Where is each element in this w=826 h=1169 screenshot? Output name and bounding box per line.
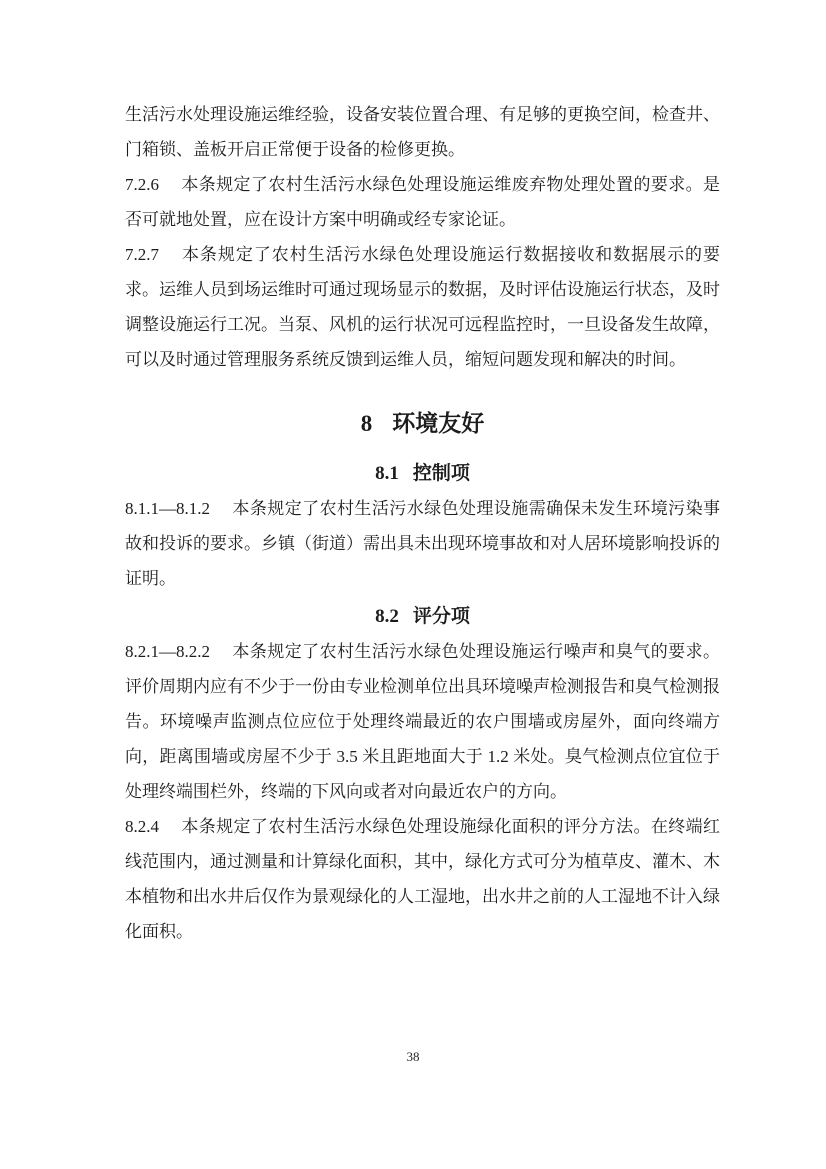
clause-paragraph-8-2-1: 8.2.1—8.2.2本条规定了农村生活污水绿色处理设施运行噪声和臭气的要求。评… <box>125 634 720 809</box>
clause-number: 7.2.7 <box>125 245 181 264</box>
clause-text: 本条规定了农村生活污水绿色处理设施运维废弃物处理处置的要求。是否可就地处置，应在… <box>125 175 720 229</box>
page-number: 38 <box>0 1049 826 1065</box>
section-heading-8-2: 8.2评分项 <box>125 603 720 630</box>
clause-number: 7.2.6 <box>125 175 181 194</box>
clause-text: 本条规定了农村生活污水绿色处理设施运行噪声和臭气的要求。评价周期内应有不少于一份… <box>125 642 720 801</box>
chapter-heading: 8环境友好 <box>125 407 720 440</box>
chapter-title: 环境友好 <box>392 410 484 436</box>
clause-paragraph-8-2-4: 8.2.4本条规定了农村生活污水绿色处理设施绿化面积的评分方法。在终端红线范围内… <box>125 809 720 949</box>
clause-text: 本条规定了农村生活污水绿色处理设施运行数据接收和数据展示的要求。运维人员到场运维… <box>125 245 720 369</box>
clause-number: 8.2.4 <box>125 817 181 836</box>
page-content: 生活污水处理设施运维经验，设备安装位置合理、有足够的更换空间，检查井、门箱锁、盖… <box>125 97 720 949</box>
clause-paragraph-8-1-1: 8.1.1—8.1.2本条规定了农村生活污水绿色处理设施需确保未发生环境污染事故… <box>125 491 720 596</box>
clause-text: 本条规定了农村生活污水绿色处理设施绿化面积的评分方法。在终端红线范围内，通过测量… <box>125 817 720 941</box>
continuation-paragraph: 生活污水处理设施运维经验，设备安装位置合理、有足够的更换空间，检查井、门箱锁、盖… <box>125 97 720 167</box>
section-title: 控制项 <box>413 463 470 484</box>
chapter-number: 8 <box>361 411 373 436</box>
document-page: 生活污水处理设施运维经验，设备安装位置合理、有足够的更换空间，检查井、门箱锁、盖… <box>0 0 826 1169</box>
clause-number: 8.1.1—8.1.2 <box>125 499 232 518</box>
section-title: 评分项 <box>413 606 470 627</box>
section-heading-8-1: 8.1控制项 <box>125 460 720 487</box>
clause-paragraph-7-2-6: 7.2.6本条规定了农村生活污水绿色处理设施运维废弃物处理处置的要求。是否可就地… <box>125 167 720 237</box>
section-number: 8.2 <box>375 606 399 627</box>
clause-paragraph-7-2-7: 7.2.7本条规定了农村生活污水绿色处理设施运行数据接收和数据展示的要求。运维人… <box>125 237 720 377</box>
clause-number: 8.2.1—8.2.2 <box>125 642 232 661</box>
section-number: 8.1 <box>375 463 399 484</box>
